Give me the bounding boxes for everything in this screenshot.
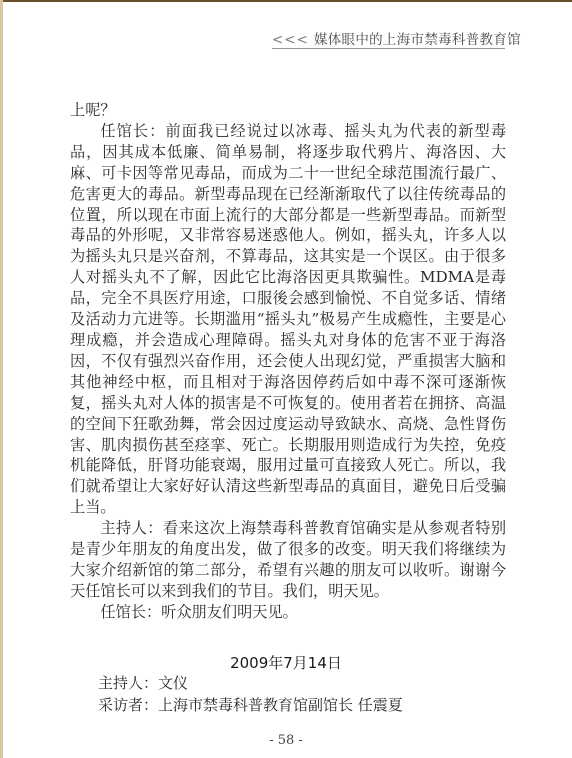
host-line: 主持人：文仪: [98, 672, 188, 693]
page-number: - 58 -: [0, 733, 572, 748]
paragraph: 上呢？: [70, 100, 506, 121]
page-top-border: [0, 0, 572, 2]
running-header: <<<媒体眼中的上海市禁毒科普教育馆: [272, 28, 521, 48]
interviewee-line: 采访者：上海市禁毒科普教育馆副馆长 任震夏: [98, 694, 403, 715]
paragraph: 主持人：看来这次上海禁毒科普教育馆确实是从参观者特别是青少年朋友的角度出发，做了…: [70, 518, 506, 602]
chevron-left-icon: <<<: [272, 32, 309, 48]
running-header-title: 媒体眼中的上海市禁毒科普教育馆: [314, 32, 521, 48]
body-text: 上呢？ 任馆长：前面我已经说过以冰毒、摇头丸为代表的新型毒品，因其成本低廉、简单…: [70, 100, 506, 623]
header-divider: [272, 48, 505, 49]
paragraph: 任馆长：前面我已经说过以冰毒、摇头丸为代表的新型毒品，因其成本低廉、简单易制，将…: [70, 121, 506, 518]
section-date-heading: 2009年7月14日: [0, 652, 572, 673]
page-left-border: [0, 0, 3, 758]
paragraph: 任馆长：听众朋友们明天见。: [70, 602, 506, 623]
